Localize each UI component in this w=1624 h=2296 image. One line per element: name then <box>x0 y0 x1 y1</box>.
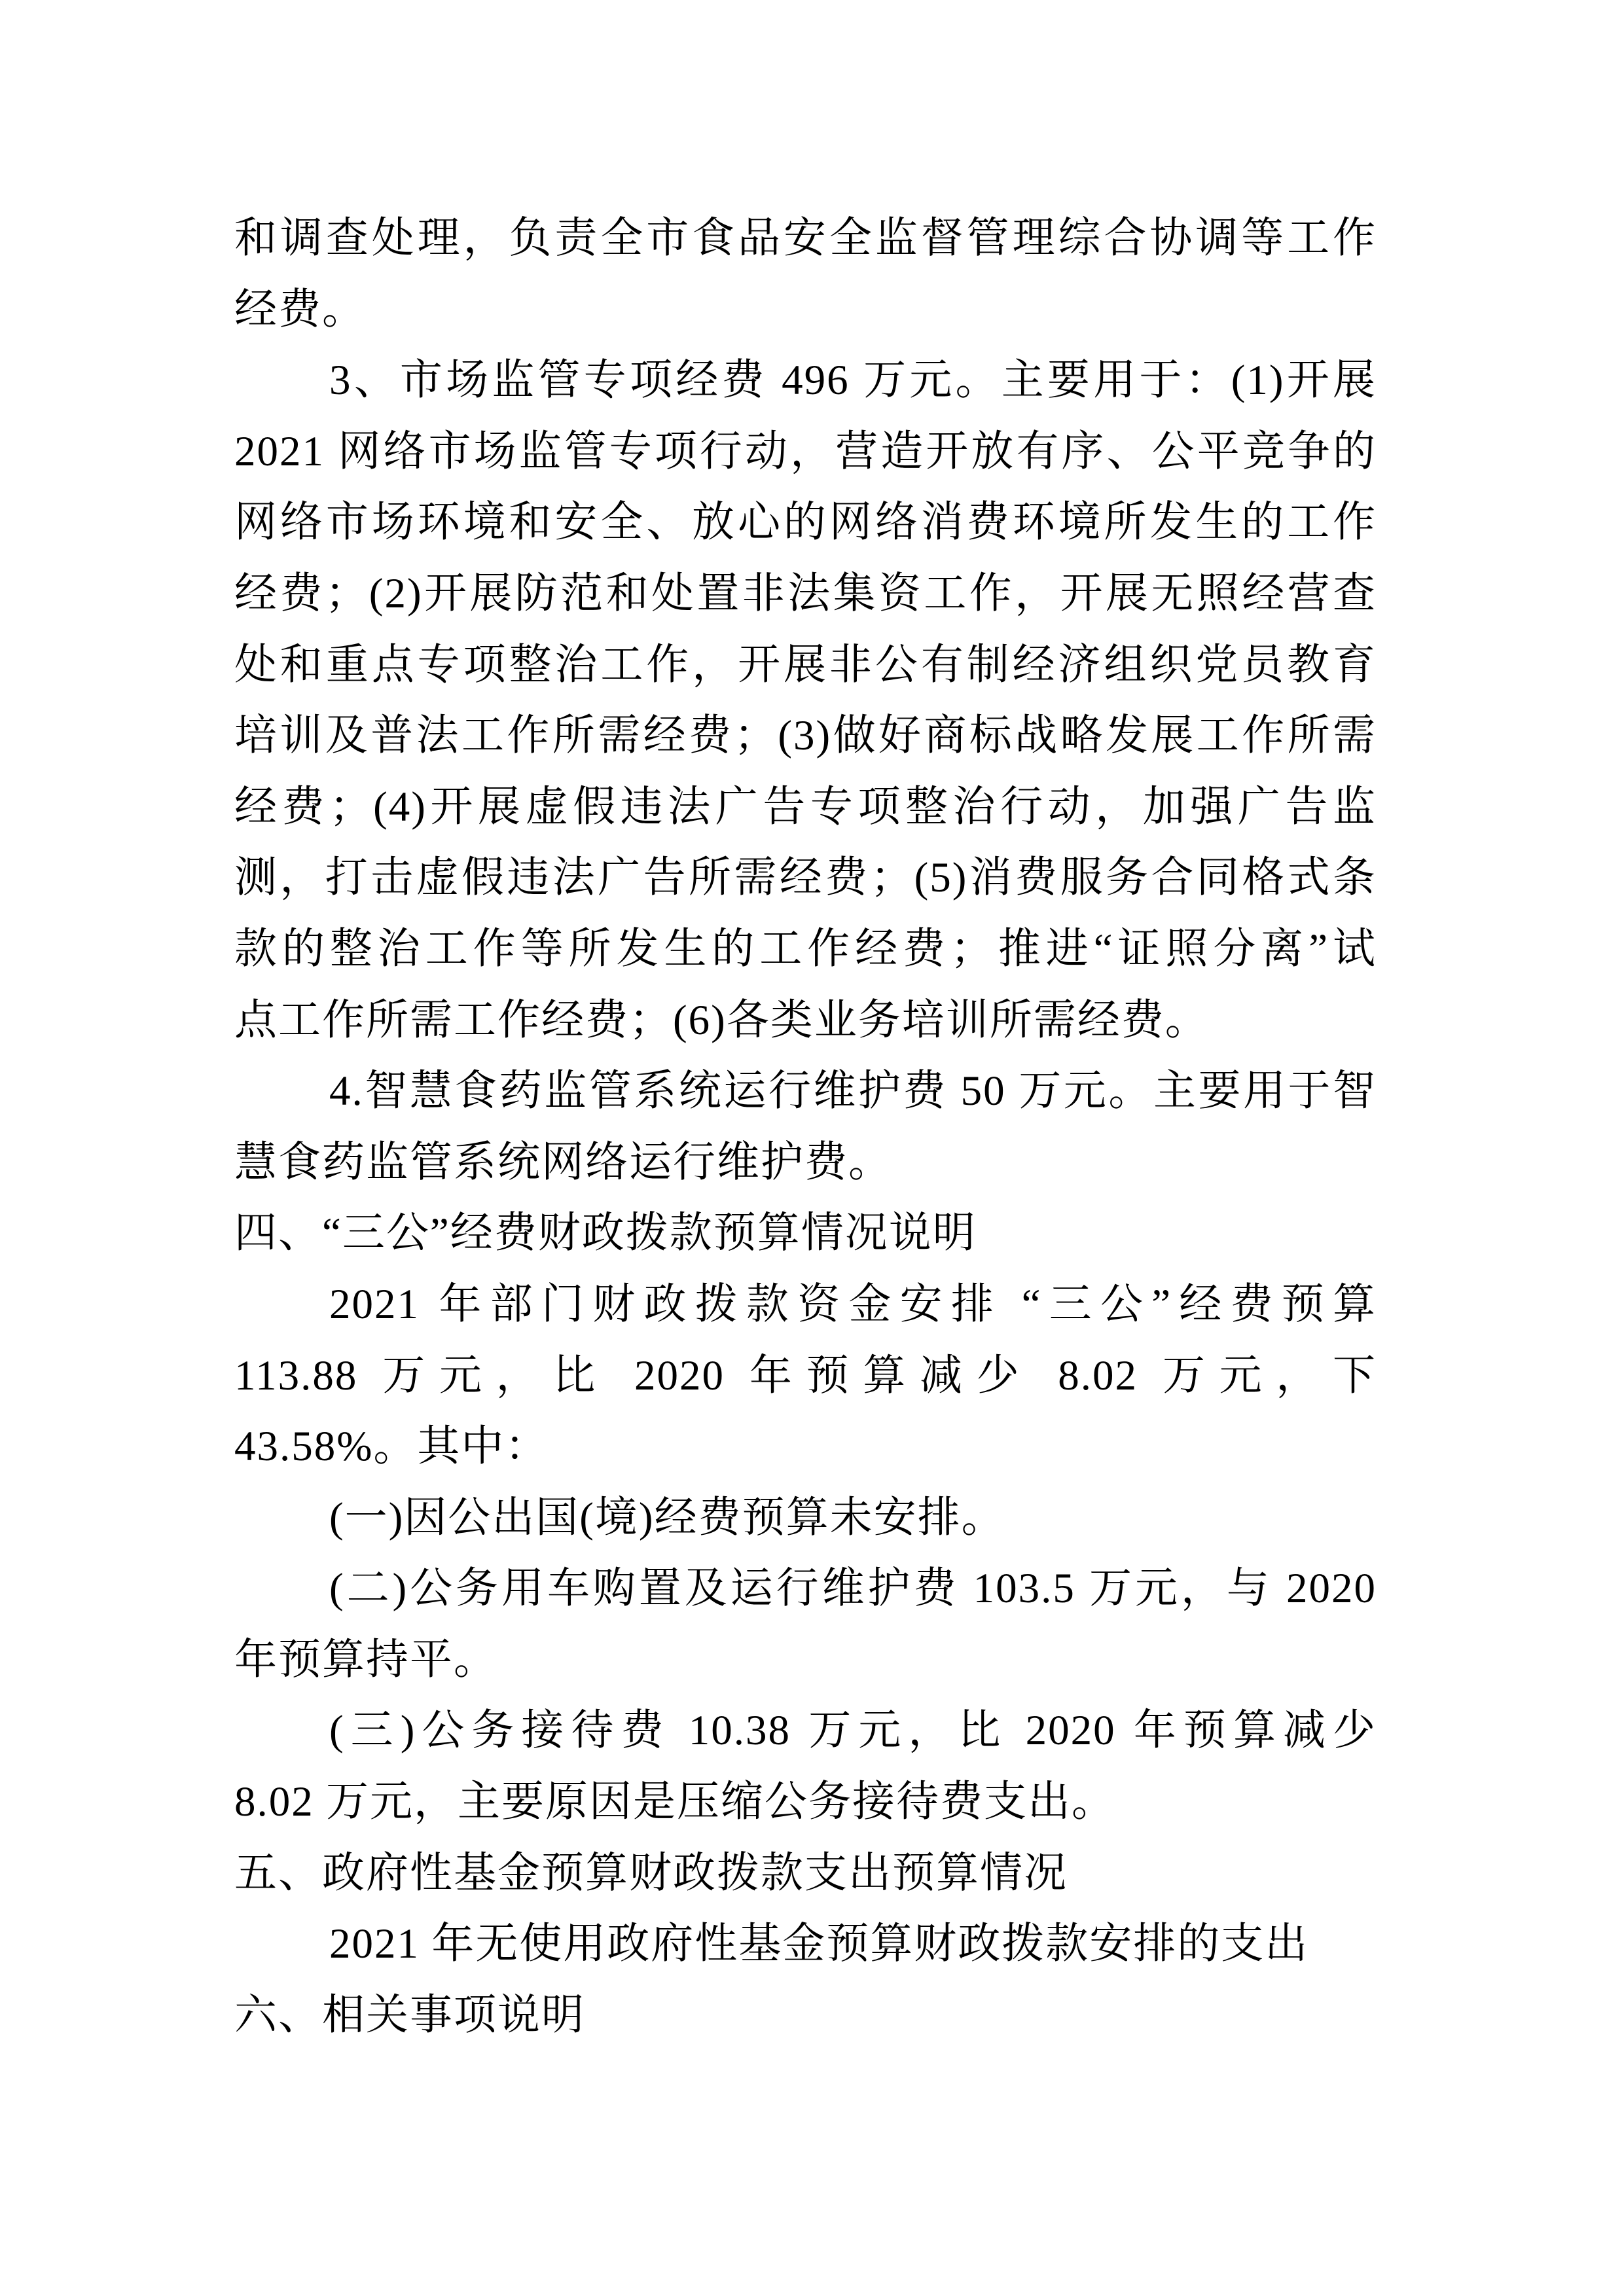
text-line: 年预算持平。 <box>234 1624 1377 1696</box>
text-line: 2021 年部门财政拨款资金安排 “三公”经费预算 <box>234 1269 1377 1340</box>
text-line: 2021 网络市场监管专项行动，营造开放有序、公平竞争的 <box>234 416 1377 488</box>
section-heading: 四、“三公”经费财政拨款预算情况说明 <box>234 1198 1377 1269</box>
text-line: 和调查处理，负责全市食品安全监督管理综合协调等工作 <box>234 203 1377 274</box>
text-line: 经费；(4)开展虚假违法广告专项整治行动，加强广告监 <box>234 772 1377 843</box>
section-heading: 六、相关事项说明 <box>234 1980 1377 2051</box>
text-line: 经费。 <box>234 274 1377 346</box>
text-line: 经费；(2)开展防范和处置非法集资工作，开展无照经营查 <box>234 558 1377 630</box>
text-line: 网络市场环境和安全、放心的网络消费环境所发生的工作 <box>234 487 1377 558</box>
text-line: 4.智慧食药监管系统运行维护费 50 万元。主要用于智 <box>234 1056 1377 1127</box>
text-line: 慧食药监管系统网络运行维护费。 <box>234 1127 1377 1198</box>
text-line: 8.02 万元，主要原因是压缩公务接待费支出。 <box>234 1767 1377 1838</box>
text-line: 点工作所需工作经费；(6)各类业务培训所需经费。 <box>234 985 1377 1056</box>
text-line: 培训及普法工作所需经费；(3)做好商标战略发展工作所需 <box>234 700 1377 772</box>
text-line: 3、市场监管专项经费 496 万元。主要用于：(1)开展 <box>234 345 1377 416</box>
text-line: 43.58%。其中： <box>234 1411 1377 1482</box>
text-line: 处和重点专项整治工作，开展非公有制经济组织党员教育 <box>234 630 1377 701</box>
text-line: (二)公务用车购置及运行维护费 103.5 万元，与 2020 <box>234 1553 1377 1624</box>
text-line: 款的整治工作等所发生的工作经费；推进“证照分离”试 <box>234 914 1377 985</box>
text-line: 测，打击虚假违法广告所需经费；(5)消费服务合同格式条 <box>234 842 1377 914</box>
text-line: 2021 年无使用政府性基金预算财政拨款安排的支出 <box>234 1909 1377 1980</box>
text-line: (三)公务接待费 10.38 万元，比 2020 年预算减少 <box>234 1695 1377 1767</box>
text-line: (一)因公出国(境)经费预算未安排。 <box>234 1482 1377 1554</box>
document-page: 和调查处理，负责全市食品安全监督管理综合协调等工作 经费。 3、市场监管专项经费… <box>0 0 1624 2296</box>
text-line: 113.88 万元，比 2020 年预算减少 8.02 万元，下 <box>234 1340 1377 1412</box>
text-column: 和调查处理，负责全市食品安全监督管理综合协调等工作 经费。 3、市场监管专项经费… <box>234 203 1377 2051</box>
section-heading: 五、政府性基金预算财政拨款支出预算情况 <box>234 1838 1377 1909</box>
